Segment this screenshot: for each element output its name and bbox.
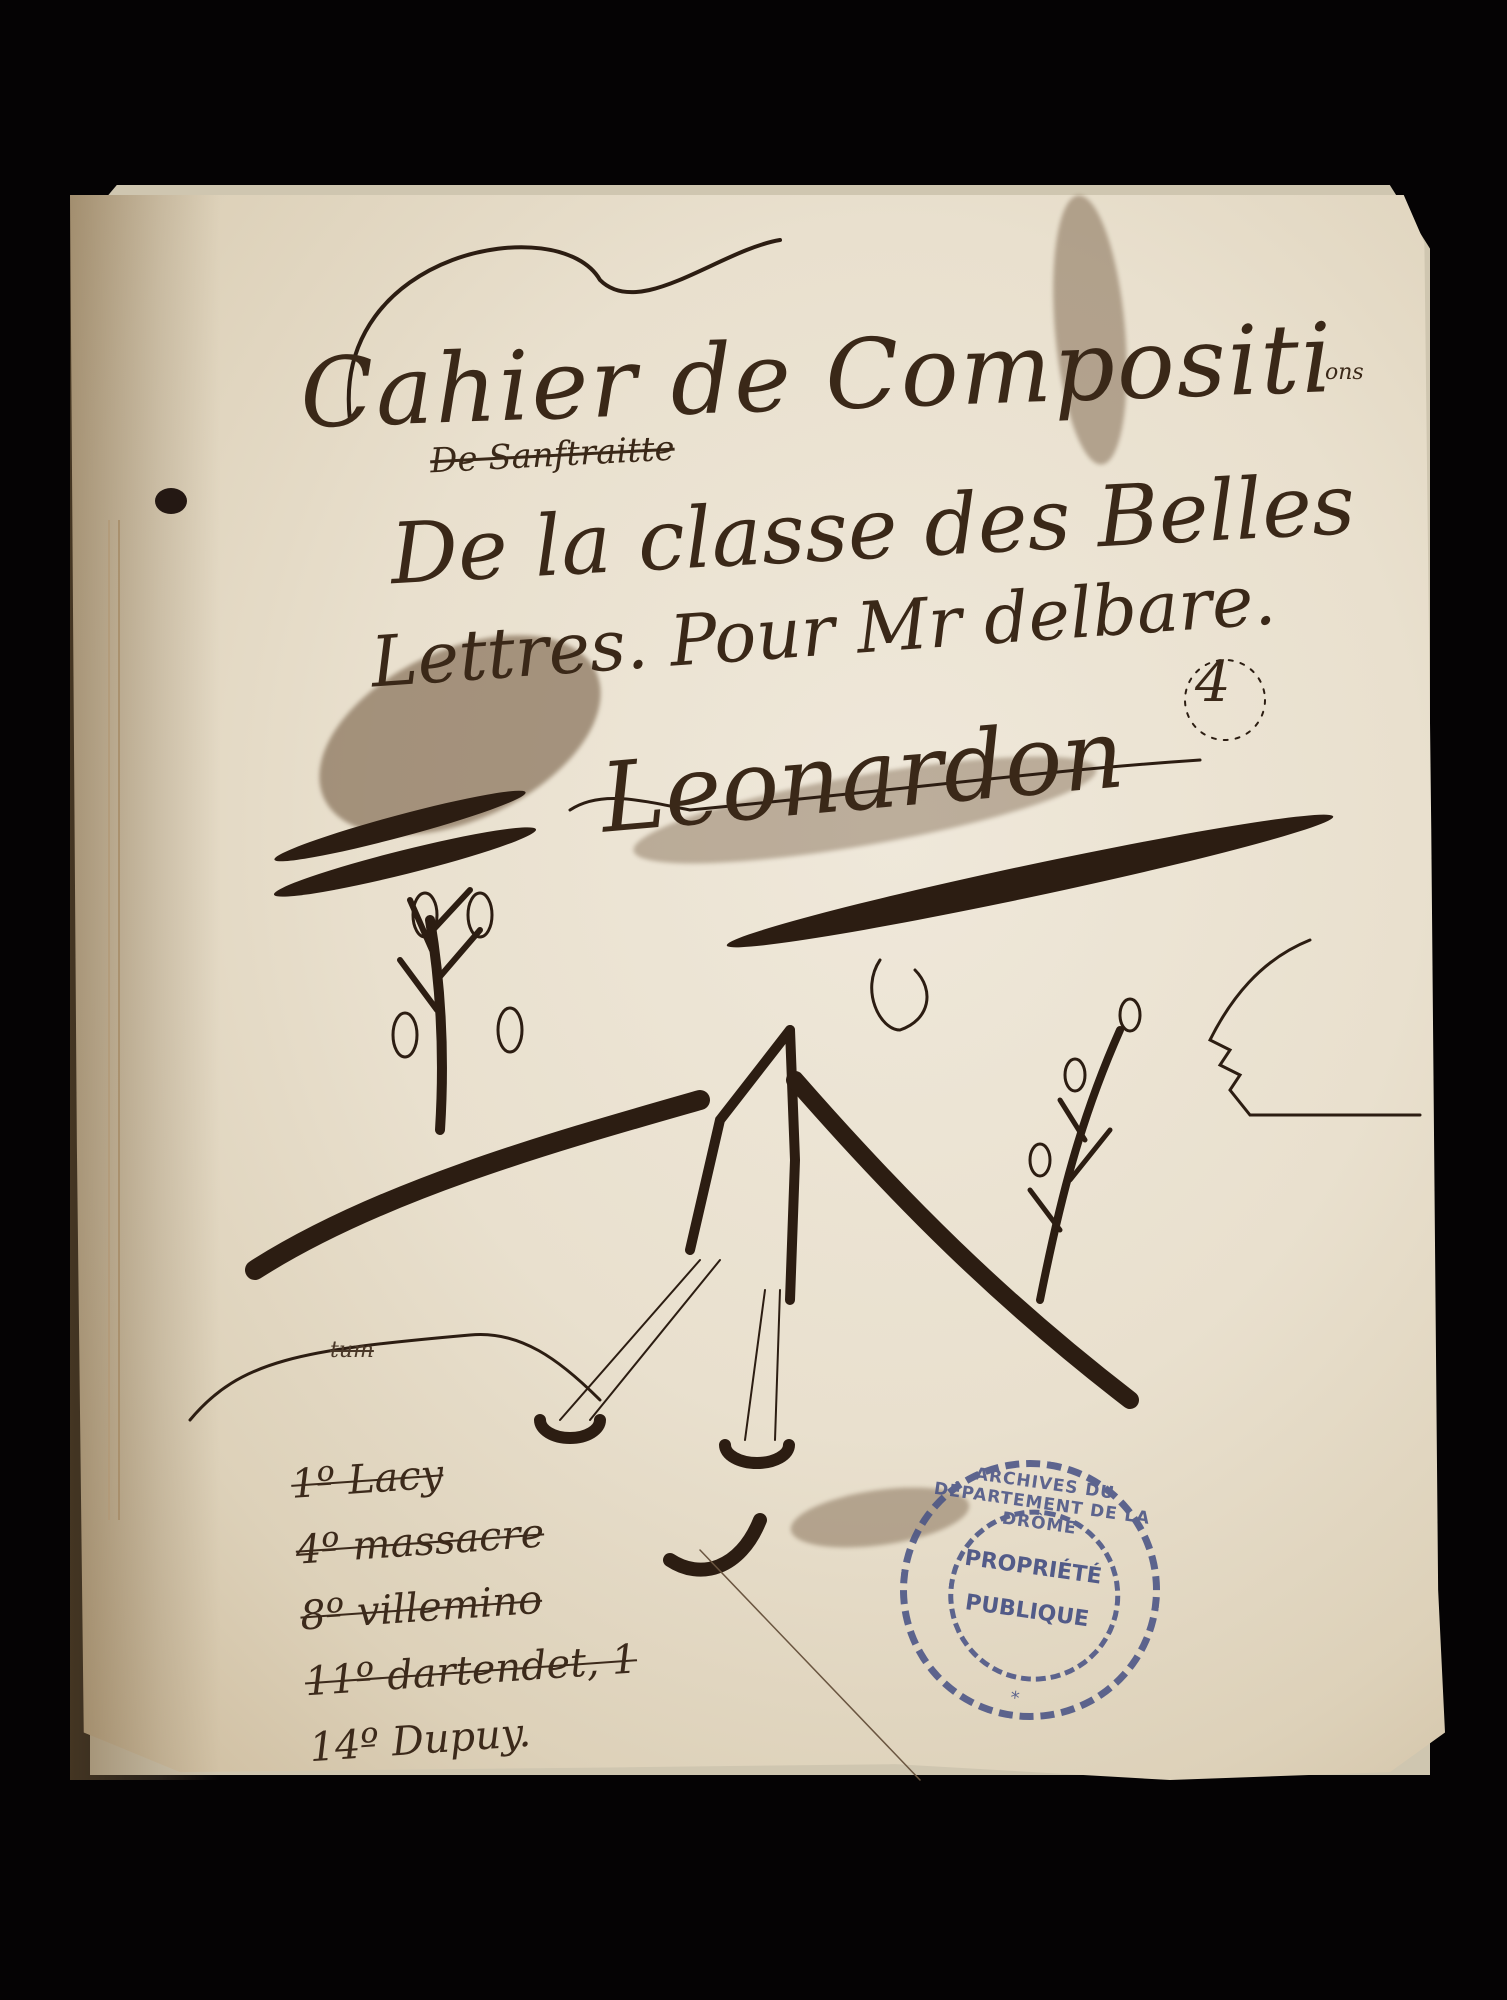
title-superscript: ons xyxy=(1325,360,1364,385)
ink-drawings xyxy=(0,0,1507,2000)
signature-flourish: 4 xyxy=(1195,650,1231,715)
numbered-list: 1º Lacy 4º massacre 8º villemino 11º dar… xyxy=(289,1429,644,1781)
flap-label: tum xyxy=(330,1338,374,1363)
